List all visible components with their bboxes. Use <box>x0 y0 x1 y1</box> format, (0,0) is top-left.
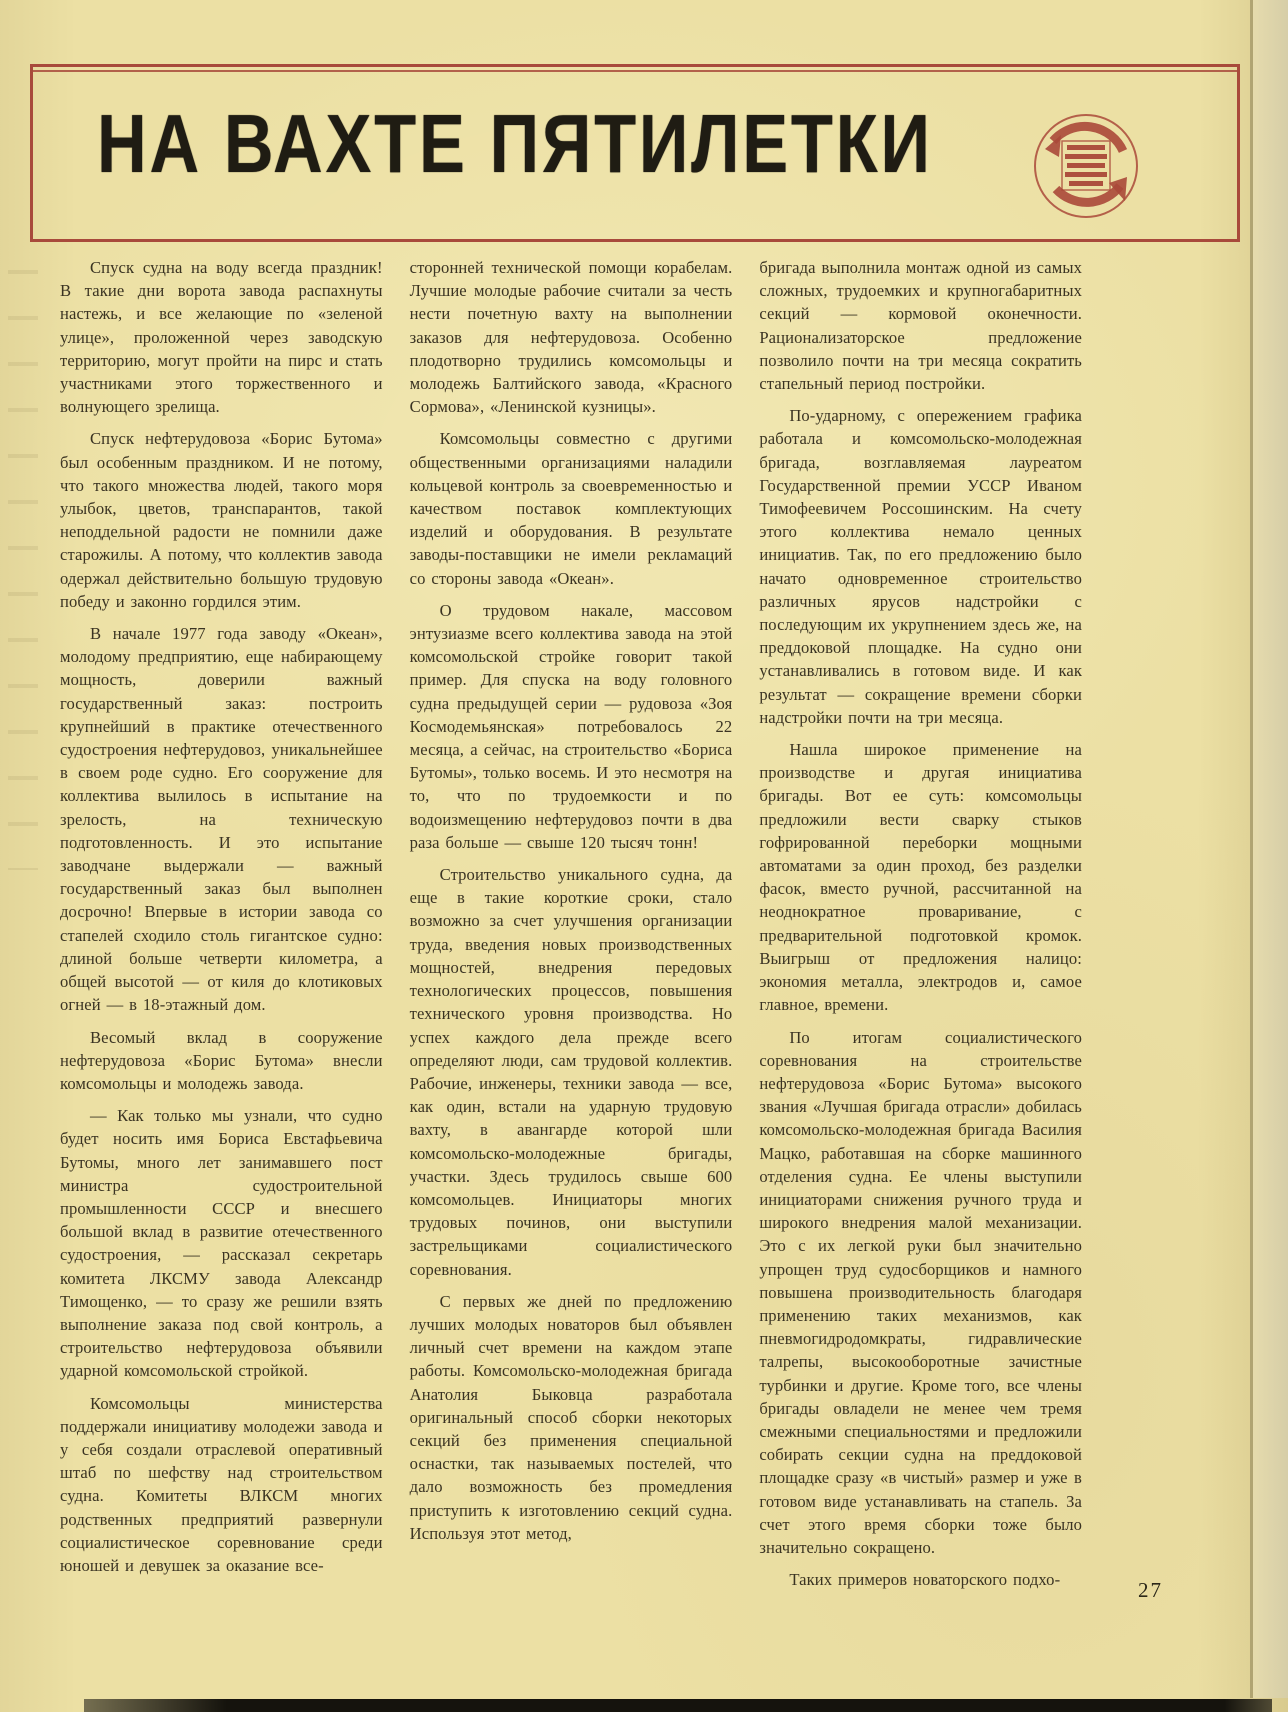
article-paragraph: Спуск судна на воду всегда праздник! В т… <box>60 256 383 418</box>
article-paragraph: Спуск нефтерудовоза «Борис Бутома» был о… <box>60 427 383 613</box>
scan-bottom-bar <box>84 1699 1272 1712</box>
magazine-page-scan: НА ВАХТЕ ПЯТИЛЕТКИ <box>0 0 1288 1712</box>
article-paragraph: Нашла широкое применение на производстве… <box>759 738 1082 1016</box>
article-headline: НА ВАХТЕ ПЯТИЛЕТКИ <box>97 103 933 186</box>
article-paragraph: По итогам социалистического соревнования… <box>759 1026 1082 1560</box>
article-column-1: Спуск судна на воду всегда праздник! В т… <box>60 256 383 1600</box>
article-paragraph: — Как только мы узнали, что судно будет … <box>60 1104 383 1382</box>
circular-arrows-stamp-icon <box>1031 111 1141 221</box>
article-paragraph: Строительство уникального судна, да еще … <box>410 863 733 1281</box>
scan-page-edge-line <box>1250 0 1253 1698</box>
article-paragraph: В начале 1977 года заводу «Океан», молод… <box>60 622 383 1016</box>
article-paragraph: Комсомольцы министерства поддержали иниц… <box>60 1392 383 1578</box>
article-paragraph: Таких примеров новаторского подхо- <box>759 1568 1082 1591</box>
article-column-3: бригада выполнила монтаж одной из самых … <box>759 256 1082 1600</box>
scan-right-edge <box>1253 0 1288 1698</box>
headline-box: НА ВАХТЕ ПЯТИЛЕТКИ <box>30 64 1240 242</box>
article-paragraph: Весомый вклад в сооружение нефтерудовоза… <box>60 1026 383 1096</box>
article-paragraph: По-ударному, с опережением графика работ… <box>759 404 1082 729</box>
article-paragraph: Комсомольцы совместно с другими обществе… <box>410 427 733 589</box>
page-number: 27 <box>1138 1578 1163 1603</box>
article-column-2: сторонней технической помощи корабелам. … <box>410 256 733 1600</box>
article-paragraph: С первых же дней по предложению лучших м… <box>410 1290 733 1545</box>
article-paragraph: О трудовом накале, массовом энтузиазме в… <box>410 599 733 854</box>
bleed-through-marks <box>8 270 38 870</box>
article-paragraph: бригада выполнила монтаж одной из самых … <box>759 256 1082 395</box>
article-paragraph: сторонней технической помощи корабелам. … <box>410 256 733 418</box>
article-body: Спуск судна на воду всегда праздник! В т… <box>60 256 1082 1600</box>
